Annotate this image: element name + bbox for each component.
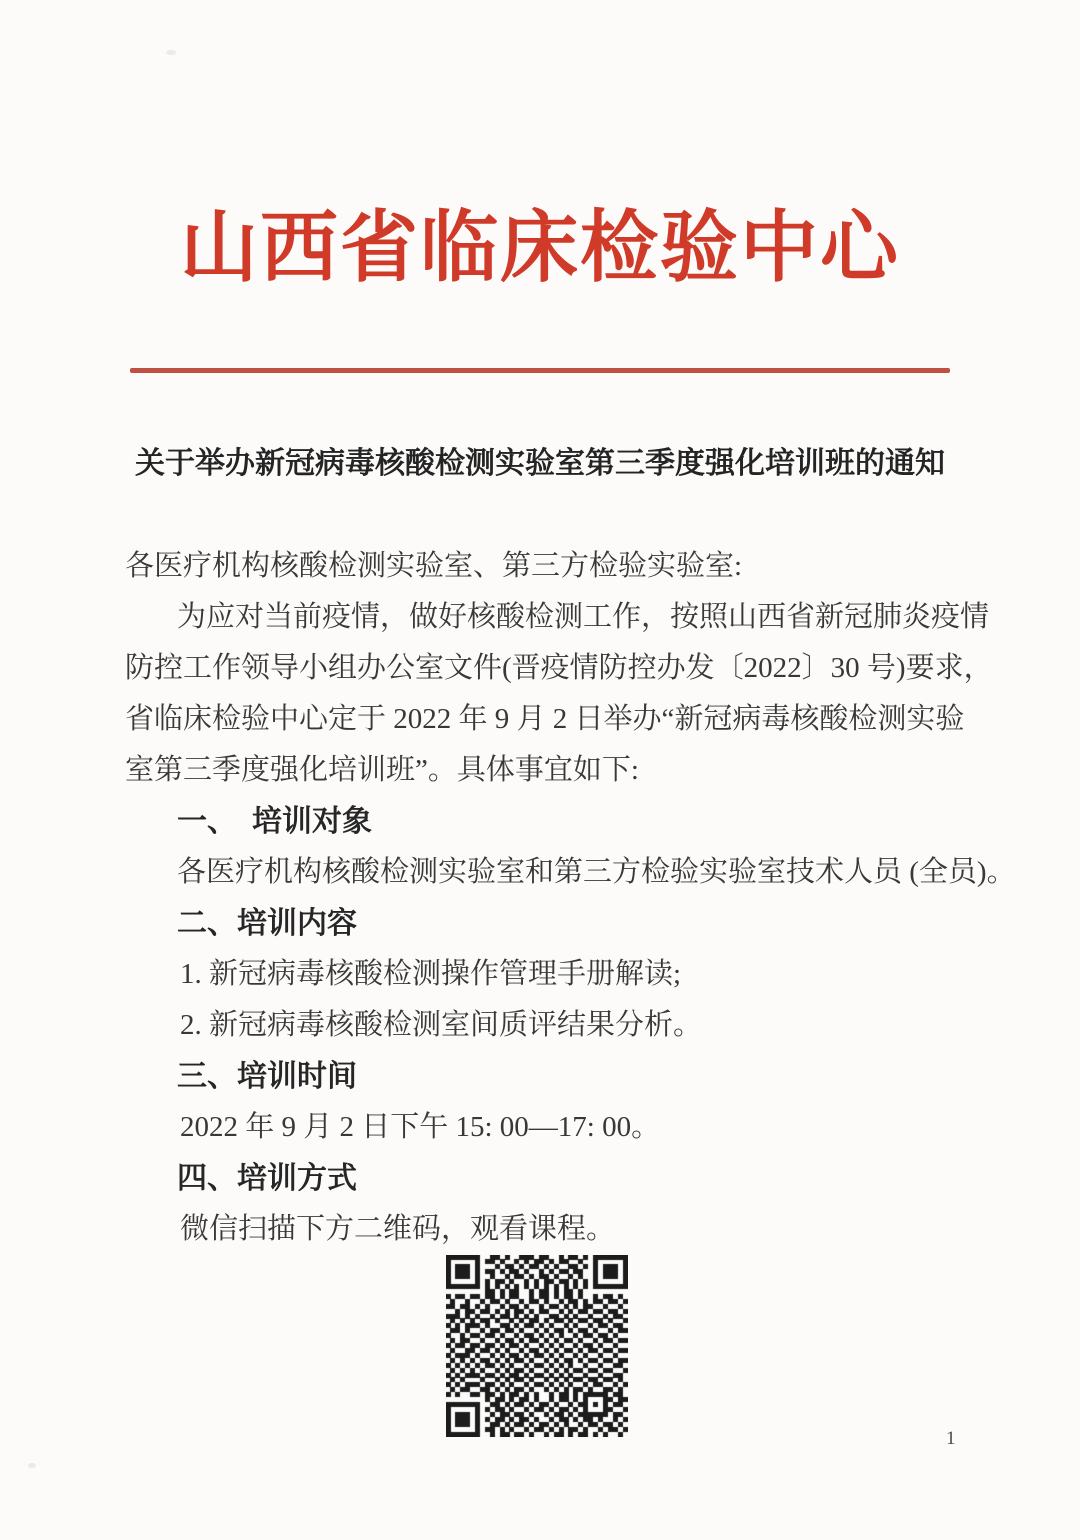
section-heading: 四、培训方式 xyxy=(125,1153,955,1204)
scanned-notice-page: 山西省临床检验中心 关于举办新冠病毒核酸检测实验室第三季度强化培训班的通知 各医… xyxy=(0,0,1080,1540)
section-heading: 三、培训时间 xyxy=(125,1051,955,1102)
document-body: 各医疗机构核酸检测实验室、第三方检验实验室:为应对当前疫情，做好核酸检测工作，按… xyxy=(125,541,955,1255)
header-divider-rule xyxy=(130,368,950,373)
org-header-title: 山西省临床检验中心 xyxy=(0,183,1080,313)
scan-artifact xyxy=(28,1463,36,1468)
body-line: 省临床检验中心定于 2022 年 9 月 2 日举办“新冠病毒核酸检测实验 xyxy=(125,694,955,745)
body-line: 各医疗机构核酸检测实验室、第三方检验实验室: xyxy=(125,541,955,592)
page-number: 1 xyxy=(946,1428,956,1450)
scan-artifact xyxy=(166,50,176,55)
body-line: 2. 新冠病毒核酸检测室间质评结果分析。 xyxy=(125,1000,955,1051)
document-title: 关于举办新冠病毒核酸检测实验室第三季度强化培训班的通知 xyxy=(0,441,1080,487)
body-line: 2022 年 9 月 2 日下午 15: 00—17: 00。 xyxy=(125,1102,955,1153)
body-line: 1. 新冠病毒核酸检测操作管理手册解读; xyxy=(125,949,955,1000)
body-line: 各医疗机构核酸检测实验室和第三方检验实验室技术人员 (全员)。 xyxy=(125,847,955,898)
body-line: 为应对当前疫情，做好核酸检测工作，按照山西省新冠肺炎疫情 xyxy=(125,592,955,643)
body-line: 防控工作领导小组办公室文件(晋疫情防控办发〔2022〕30 号)要求， xyxy=(125,643,955,694)
body-line: 微信扫描下方二维码，观看课程。 xyxy=(125,1204,955,1255)
wechat-qr-code xyxy=(446,1255,628,1437)
section-heading: 二、培训内容 xyxy=(125,898,955,949)
section-heading: 一、 培训对象 xyxy=(125,796,955,847)
body-line: 室第三季度强化培训班”。具体事宜如下: xyxy=(125,745,955,796)
